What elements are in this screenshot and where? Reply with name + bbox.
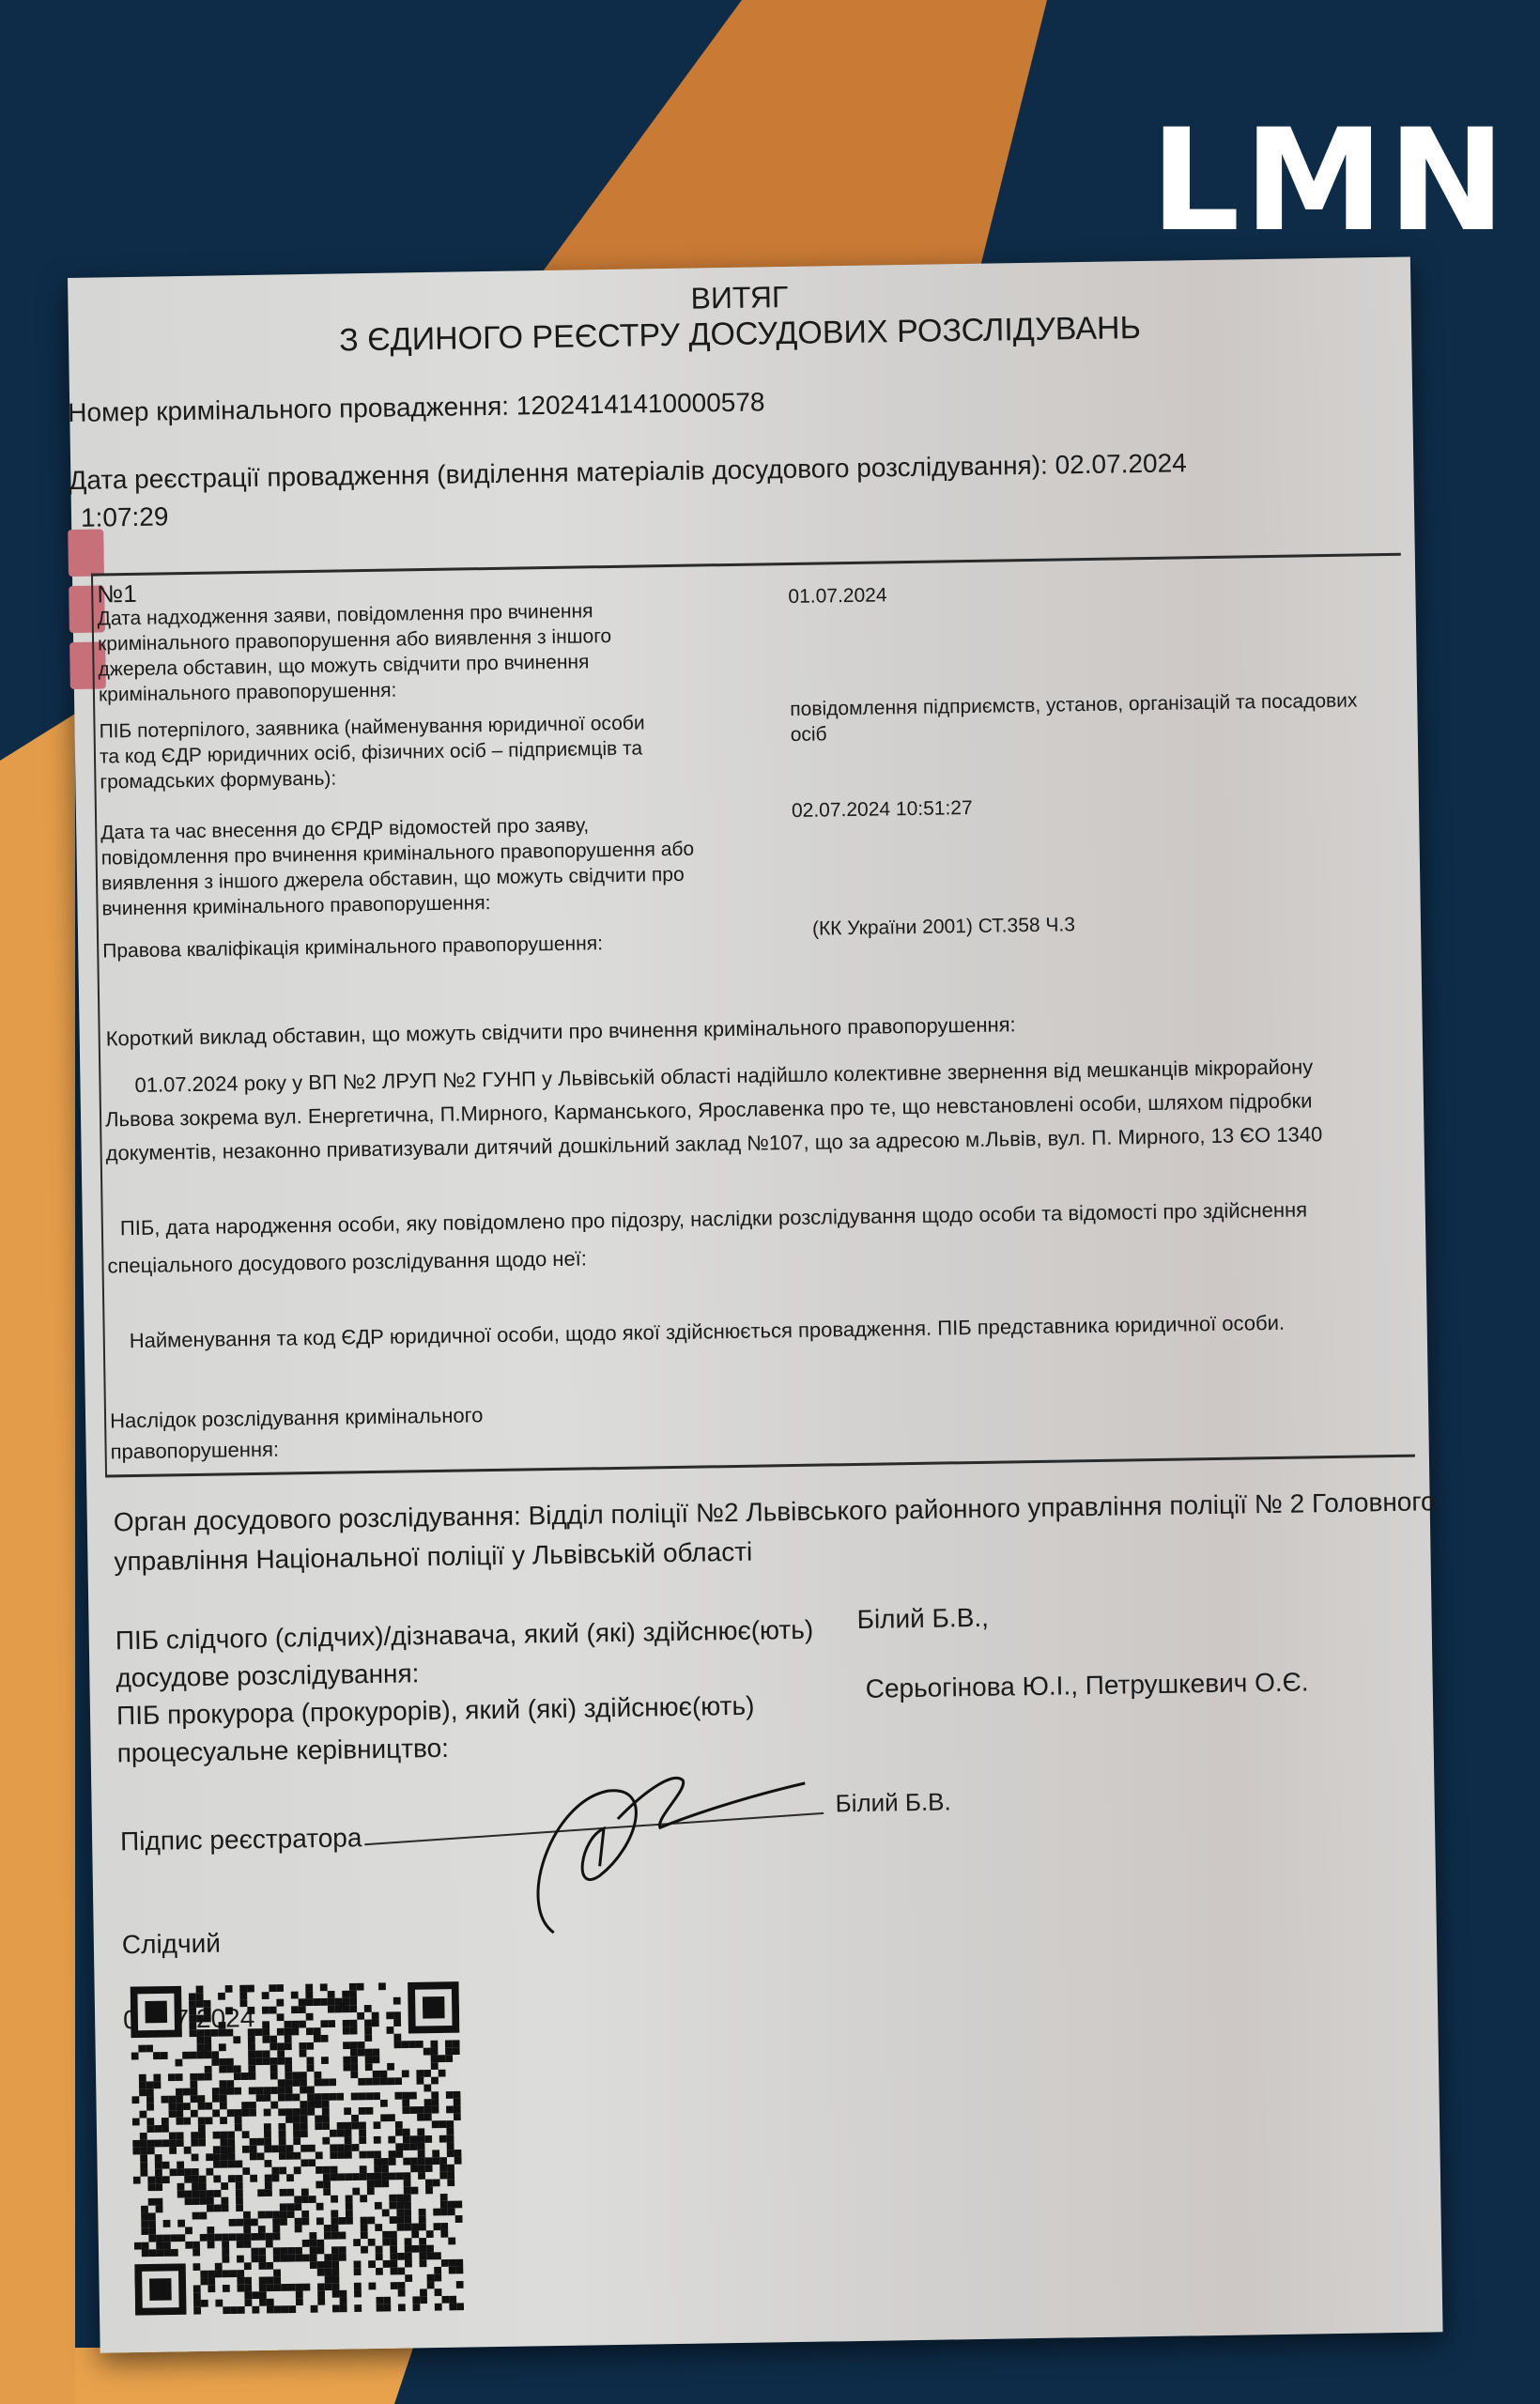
prosecutor-label-line: ПІБ прокурора (прокурорів), який (які) з… xyxy=(116,1691,755,1732)
registration-line: Дата реєстрації провадження (виділення м… xyxy=(69,448,1187,496)
summary-label: Короткий виклад обставин, що можуть свід… xyxy=(106,1012,1016,1051)
position-label: Слідчий xyxy=(122,1929,221,1961)
field-value: повідомлення підприємств, установ, орган… xyxy=(790,687,1358,747)
investigator-value: Білий Б.В., xyxy=(856,1603,989,1635)
authority-value: Відділ поліції №2 Львівського районного … xyxy=(528,1487,1435,1530)
prosecutor-value: Серьогінова Ю.І., Петрушкевич О.Є. xyxy=(865,1667,1308,1703)
authority-line: Орган досудового розслідування: Відділ п… xyxy=(114,1487,1436,1537)
field-label: Дата надходження заяви, повідомлення про… xyxy=(97,598,612,708)
signature-name: Білий Б.В. xyxy=(835,1787,951,1818)
case-number: 12024141410000578 xyxy=(516,387,765,420)
outcome-label-line: правопорушення: xyxy=(110,1438,279,1465)
paper-clip-icon xyxy=(68,529,104,577)
case-number-label: Номер кримінального провадження: xyxy=(68,392,509,427)
registration-date: 02.07.2024 xyxy=(1055,448,1187,479)
brand-logo: LMN xyxy=(1150,111,1509,252)
qr-code-icon[interactable] xyxy=(131,1980,465,2318)
investigator-label-line: досудове розслідування: xyxy=(115,1658,420,1693)
prosecutor-label-line: процесуальне керівництво: xyxy=(116,1734,449,1769)
authority-label: Орган досудового розслідування: xyxy=(114,1502,521,1537)
suspect-label-line: ПІБ, дата народження особи, яку повідомл… xyxy=(120,1197,1308,1241)
field-value: 01.07.2024 xyxy=(788,582,887,609)
document-sheet: ВИТЯГ З ЄДИНОГО РЕЄСТРУ ДОСУДОВИХ РОЗСЛІ… xyxy=(68,257,1443,2353)
authority-value-line2: управління Національної поліції у Львівс… xyxy=(114,1537,752,1578)
field-label: Дата та час внесення до ЄРДР відомостей … xyxy=(100,811,695,922)
table-top-border xyxy=(91,553,1401,577)
registration-label: Дата реєстрації провадження (виділення м… xyxy=(69,451,1048,495)
table-bottom-border xyxy=(105,1455,1415,1478)
field-value: 02.07.2024 10:51:27 xyxy=(792,795,973,824)
field-label: ПІБ потерпілого, заявника (найменування … xyxy=(99,710,645,794)
case-number-line: Номер кримінального провадження: 1202414… xyxy=(68,387,765,428)
legal-entity-label: Найменування та код ЄДР юридичної особи,… xyxy=(130,1311,1286,1353)
signature-scribble-icon xyxy=(495,1759,836,1943)
suspect-label-line: спеціального досудового розслідування що… xyxy=(107,1246,587,1278)
signature-label: Підпис реєстратора xyxy=(120,1823,362,1857)
section-number: №1 xyxy=(97,579,137,609)
investigator-label-line: ПІБ слідчого (слідчих)/дізнавача, який (… xyxy=(115,1615,814,1657)
field-value: (КК України 2001) СТ.358 Ч.3 xyxy=(812,912,1075,941)
outcome-label-line: Наслідок розслідування кримінального xyxy=(110,1403,484,1433)
field-label: Правова кваліфікація кримінального право… xyxy=(102,931,603,963)
